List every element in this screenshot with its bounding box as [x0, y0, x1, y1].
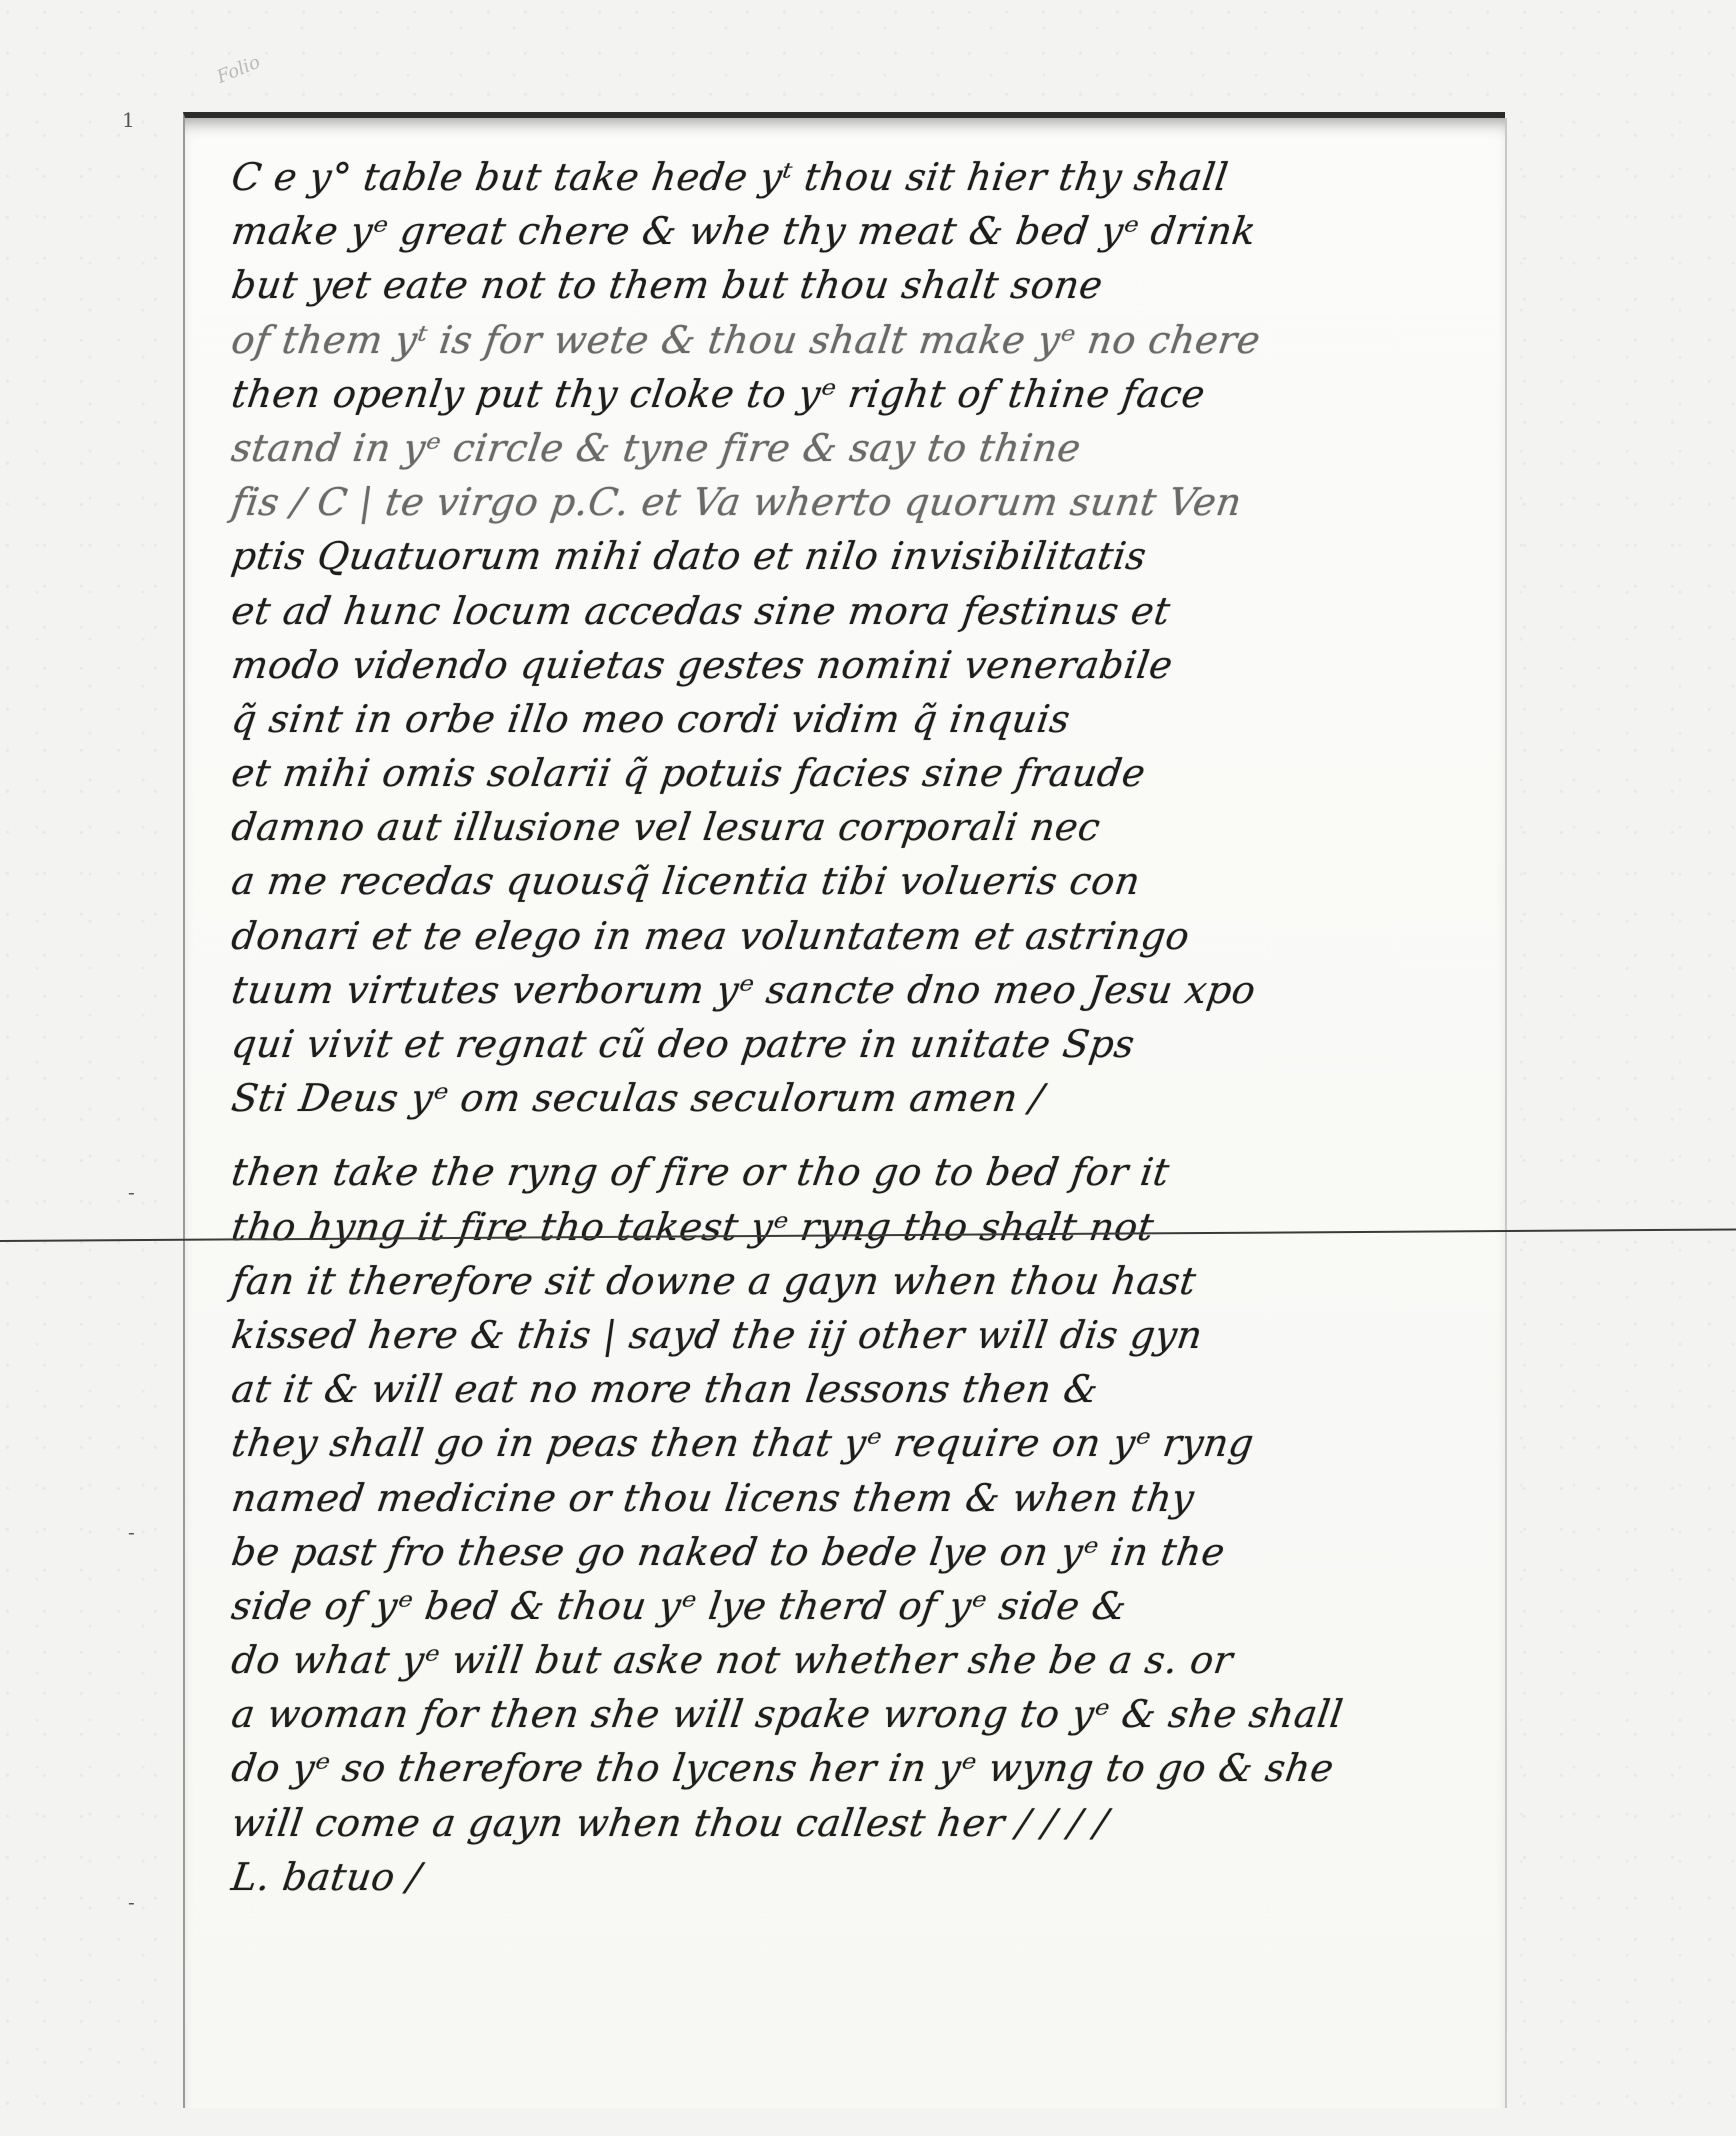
- manuscript-line: qui vivit et regnat cũ deo patre in uni…: [228, 1017, 1476, 1071]
- manuscript-line: et mihi omis solarii q̃ potuis facies si…: [228, 746, 1476, 800]
- manuscript-line: then openly put thy cloke to yᵉ right of…: [228, 367, 1476, 421]
- manuscript-line: but yet eate not to them but thou shalt …: [228, 258, 1476, 312]
- manuscript-line: do yᵉ so therefore tho lycens her in yᵉ …: [228, 1741, 1476, 1795]
- manuscript-line: fis / C | te virgo p.C. et Va wherto quo…: [228, 475, 1476, 529]
- manuscript-line: donari et te elego in mea voluntatem et …: [228, 909, 1476, 963]
- manuscript-line: stand in yᵉ circle & tyne fire & say to …: [228, 421, 1476, 475]
- margin-mark: -: [128, 1890, 135, 1914]
- manuscript-line: will come a gayn when thou callest her /…: [228, 1796, 1476, 1850]
- manuscript-line: modo videndo quietas gestes nomini vener…: [228, 638, 1476, 692]
- margin-mark: -: [128, 1520, 135, 1544]
- manuscript-line: tuum virtutes verborum yᵉ sancte dno meo…: [228, 963, 1476, 1017]
- line-gap: [231, 1125, 1474, 1145]
- manuscript-line: at it & will eat no more than lessons th…: [228, 1362, 1476, 1416]
- manuscript-line: they shall go in peas then that yᵉ requi…: [228, 1416, 1476, 1470]
- manuscript-line: C e y° table but take hede yᵗ thou sit h…: [228, 150, 1476, 204]
- manuscript-line: named medicine or thou licens them & whe…: [228, 1471, 1476, 1525]
- manuscript-line: et ad hunc locum accedas sine mora festi…: [228, 584, 1476, 638]
- manuscript-text: C e y° table but take hede yᵗ thou sit h…: [232, 150, 1472, 1904]
- manuscript-line: ptis Quatuorum mihi dato et nilo invisib…: [228, 529, 1476, 583]
- manuscript-line: a woman for then she will spake wrong to…: [228, 1687, 1476, 1741]
- manuscript-line: fan it therefore sit downe a gayn when t…: [228, 1254, 1476, 1308]
- manuscript-line: do what yᵉ will but aske not whether she…: [228, 1633, 1476, 1687]
- margin-mark: 1: [122, 108, 135, 132]
- manuscript-line: Sti Deus yᵉ om seculas seculorum amen /: [228, 1071, 1476, 1125]
- manuscript-line: then take the ryng of fire or tho go to …: [228, 1145, 1476, 1199]
- manuscript-line: of them yᵗ is for wete & thou shalt make…: [228, 313, 1476, 367]
- manuscript-line: side of yᵉ bed & thou yᵉ lye therd of yᵉ…: [228, 1579, 1476, 1633]
- manuscript-line: be past fro these go naked to bede lye o…: [228, 1525, 1476, 1579]
- manuscript-line: q̃ sint in orbe illo meo cordi vidim q̃ …: [228, 692, 1476, 746]
- manuscript-line: damno aut illusione vel lesura corporali…: [228, 800, 1476, 854]
- manuscript-line: L. batuo /: [228, 1850, 1476, 1904]
- manuscript-line: make yᵉ great chere & whe thy meat & bed…: [228, 204, 1476, 258]
- manuscript-line: tho hyng it fire tho takest yᵉ ryng tho …: [228, 1200, 1476, 1254]
- corner-annotation: Folio: [214, 16, 366, 124]
- margin-mark: -: [128, 1180, 135, 1204]
- manuscript-line: a me recedas quousq̃ licentia tibi volue…: [228, 854, 1476, 908]
- manuscript-line: kissed here & this | sayd the iij other …: [228, 1308, 1476, 1362]
